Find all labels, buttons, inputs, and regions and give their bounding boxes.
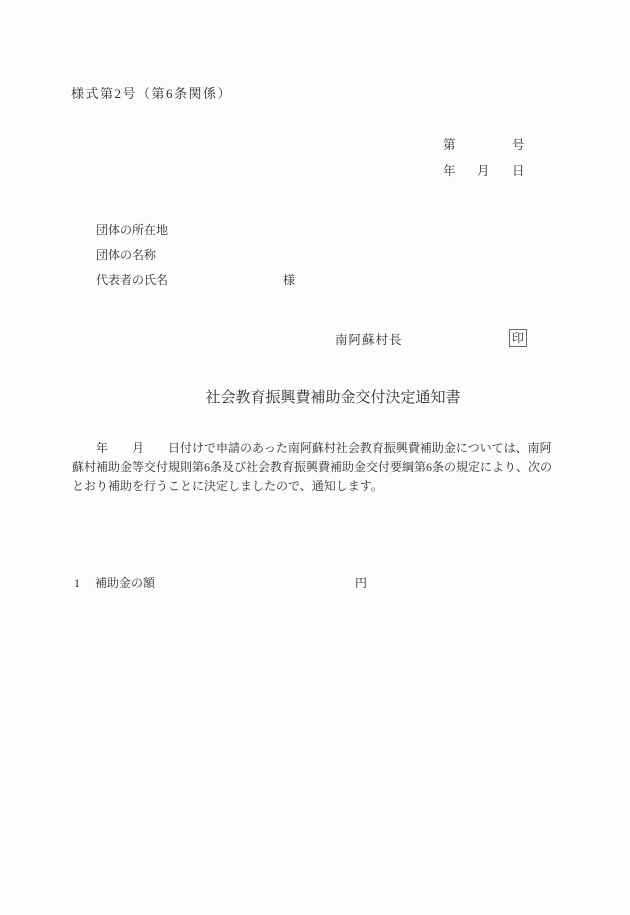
form-number: 様式第2号（第6条関係） [71,87,232,100]
date-year-label: 年 [443,165,456,178]
document-number-suffix: 号 [512,139,525,152]
recipient-address-label: 団体の所在地 [96,224,168,236]
mayor-title: 南阿蘇村長 [335,334,403,347]
seal-box: 印 [509,329,527,347]
item-unit-yen: 円 [355,577,367,589]
representative-name-label: 代表者の氏名 [96,274,168,286]
document-number-prefix: 第 [443,139,456,152]
date-month-label: 月 [477,165,490,178]
body-line: 蘇村補助金等交付規則第6条及び社会教育振興費補助金交付要綱第6条の規定により、次… [72,458,552,477]
item-label-subsidy-amount: 補助金の額 [95,577,155,589]
item-number: 1 [74,577,80,589]
body-line: 年 月 日付けで申請のあった南阿蘇村社会教育振興費補助金については、南阿 [72,439,552,458]
recipient-name-label: 団体の名称 [96,249,156,261]
document-page: 様式第2号（第6条関係） 第 号 年 月 日 団体の所在地 団体の名称 代表者の… [0,0,630,915]
body-paragraph: 年 月 日付けで申請のあった南阿蘇村社会教育振興費補助金については、南阿 蘇村補… [72,439,552,496]
honorific-sama: 様 [283,274,295,286]
seal-mark: 印 [512,332,524,344]
date-day-label: 日 [512,165,525,178]
document-title: 社会教育振興費補助金交付決定通知書 [36,391,630,406]
body-line: とおり補助を行うことに決定しましたので、通知します。 [72,477,552,496]
